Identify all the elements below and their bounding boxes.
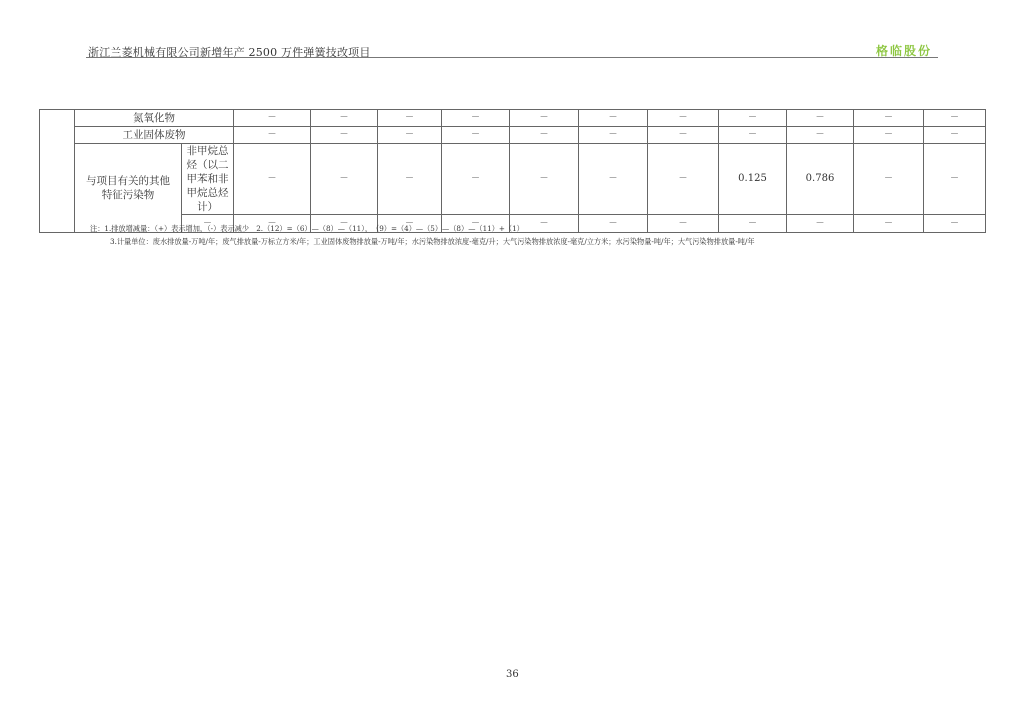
pollutant-sublabel: 非甲烷总烃（以二甲苯和非甲烷总烃计） [182, 144, 234, 215]
value-cell: － [234, 144, 311, 215]
company-logo: 格临股份 [876, 42, 932, 59]
value-cell: － [510, 144, 579, 215]
category-cell [40, 110, 75, 233]
value-cell: － [442, 144, 510, 215]
value-cell: － [378, 127, 442, 144]
value-cell: － [311, 144, 378, 215]
value-cell: － [378, 110, 442, 127]
note-line-2: 3.计量单位：废水排放量-万吨/年；废气排放量-万标立方米/年；工业固体废物排放… [90, 235, 755, 248]
value-cell: － [510, 110, 579, 127]
value-cell: － [924, 144, 986, 215]
page-number: 36 [506, 669, 519, 680]
pollutant-label: 氮氧化物 [75, 110, 234, 127]
value-cell: － [719, 127, 787, 144]
value-cell: － [311, 110, 378, 127]
value-cell: － [787, 127, 854, 144]
pollutant-label: 与项目有关的其他特征污染物 [75, 144, 182, 233]
table-row: 工业固体废物 － － － － － － － － － － － [40, 127, 986, 144]
value-cell: － [648, 127, 719, 144]
value-cell: － [854, 215, 924, 233]
value-cell: － [311, 127, 378, 144]
value-cell: － [924, 110, 986, 127]
pollutant-label: 工业固体废物 [75, 127, 234, 144]
value-cell: － [579, 127, 648, 144]
value-cell: － [442, 110, 510, 127]
value-cell: － [648, 144, 719, 215]
value-cell: － [234, 110, 311, 127]
table-row: 与项目有关的其他特征污染物 非甲烷总烃（以二甲苯和非甲烷总烃计） － － － －… [40, 144, 986, 215]
value-cell: － [442, 127, 510, 144]
value-cell: － [787, 215, 854, 233]
value-cell: － [234, 127, 311, 144]
value-cell: － [787, 110, 854, 127]
note-line-1: 注：1.排放增减量：（+）表示增加，（-）表示减少 2.（12）=（6）—（8）… [90, 222, 755, 235]
table-row: 氮氧化物 － － － － － － － － － － － [40, 110, 986, 127]
value-cell: － [378, 144, 442, 215]
value-cell: 0.786 [787, 144, 854, 215]
value-cell: － [854, 127, 924, 144]
table-notes: 注：1.排放增减量：（+）表示增加，（-）表示减少 2.（12）=（6）—（8）… [90, 222, 755, 248]
value-cell: － [648, 110, 719, 127]
value-cell: － [719, 110, 787, 127]
pollutant-emission-table: 氮氧化物 － － － － － － － － － － － 工业固体废物 － － － … [39, 109, 986, 233]
value-cell: － [510, 127, 579, 144]
value-cell: － [924, 127, 986, 144]
value-cell: 0.125 [719, 144, 787, 215]
value-cell: － [924, 215, 986, 233]
value-cell: － [579, 110, 648, 127]
value-cell: － [579, 144, 648, 215]
header-divider [86, 57, 938, 58]
value-cell: － [854, 110, 924, 127]
value-cell: － [854, 144, 924, 215]
